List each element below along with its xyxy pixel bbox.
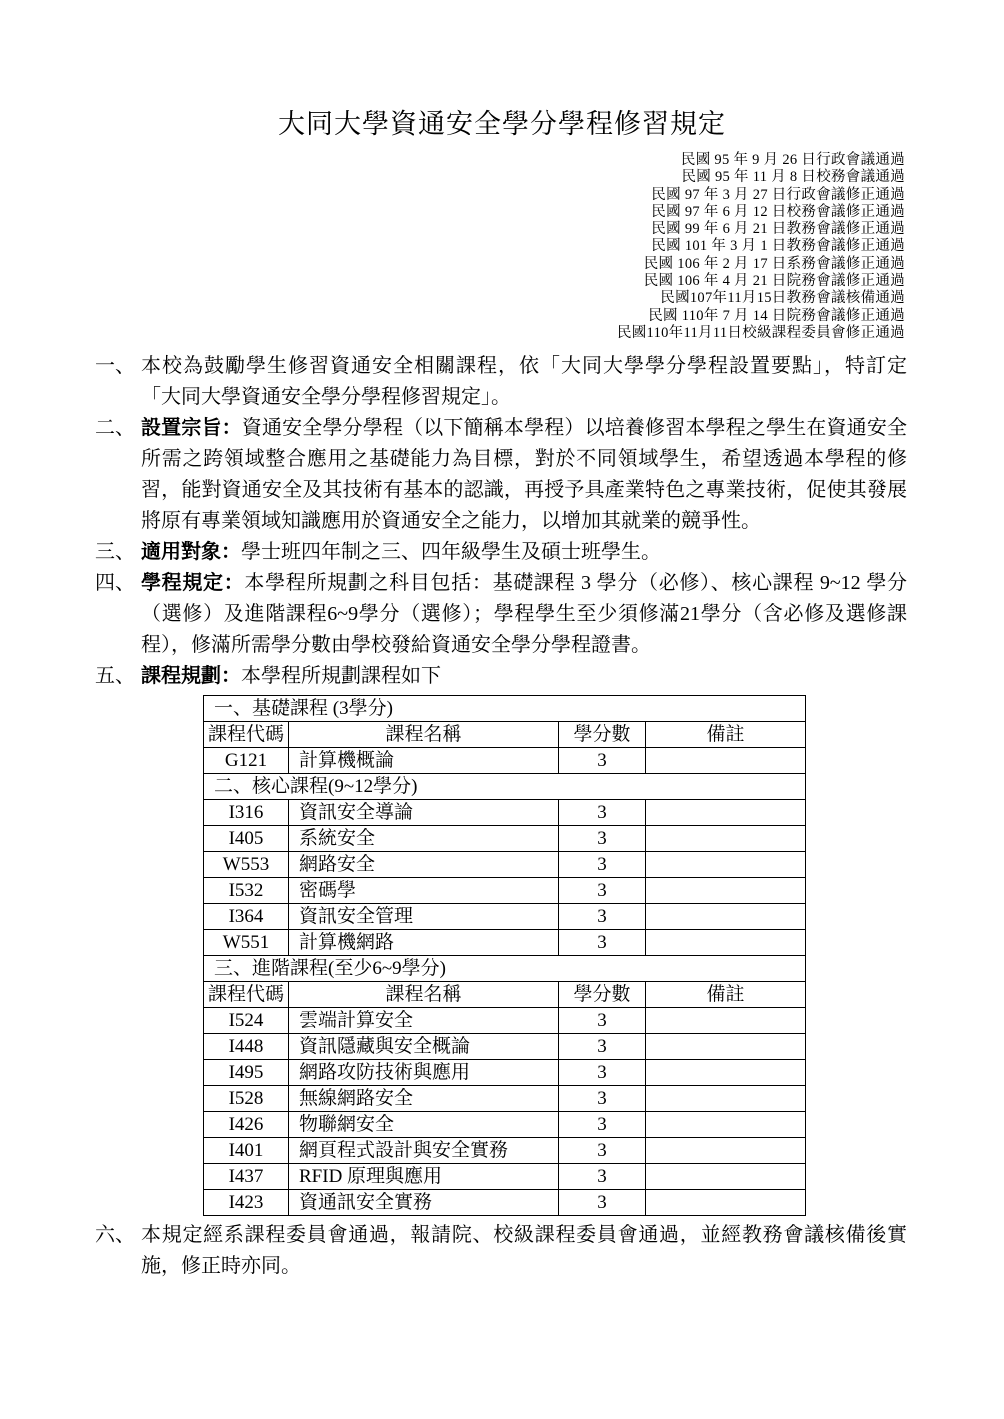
revision-line: 民國 106 年 4 月 21 日院務會議修正通過 [0,273,905,290]
course-row: I437RFID 原理與應用3 [204,1164,806,1190]
course-code-cell: W551 [204,930,289,956]
course-code-cell: I364 [204,904,289,930]
revision-line: 民國 97 年 6 月 12 日校務會議修正通過 [0,204,905,221]
item-number: 一、 [95,351,141,413]
course-name-cell: 密碼學 [289,878,559,904]
course-row: I532密碼學3 [204,878,806,904]
item-body: 設置宗旨：資通安全學分學程（以下簡稱本學程）以培養修習本學程之學生在資通安全所需… [141,413,907,537]
item-body: 課程規劃：本學程所規劃課程如下一、基礎課程 (3學分)課程代碼課程名稱學分數備註… [141,661,907,1220]
course-note-cell [646,1190,806,1216]
regulation-item: 三、適用對象：學士班四年制之三、四年級學生及碩士班學生。 [95,537,907,568]
course-credits-cell: 3 [559,1138,646,1164]
course-name-cell: 資訊隱藏與安全概論 [289,1034,559,1060]
course-row: G121計算機概論3 [204,748,806,774]
course-code-cell: I426 [204,1112,289,1138]
course-code-cell: I405 [204,826,289,852]
course-row: I426物聯網安全3 [204,1112,806,1138]
course-code-cell: I401 [204,1138,289,1164]
course-credits-cell: 3 [559,1034,646,1060]
course-note-cell [646,1138,806,1164]
course-row: I405系統安全3 [204,826,806,852]
course-note-cell [646,1164,806,1190]
course-section-row: 一、基礎課程 (3學分) [204,696,806,722]
regulation-item: 六、本規定經系課程委員會通過，報請院、校級課程委員會通過，並經教務會議核備後實施… [95,1220,907,1282]
course-code-cell: G121 [204,748,289,774]
course-row: I316資訊安全導論3 [204,800,806,826]
regulation-item: 四、學程規定：本學程所規劃之科目包括：基礎課程 3 學分（必修）、核心課程 9~… [95,568,907,661]
course-credits-cell: 3 [559,930,646,956]
course-note-cell [646,1060,806,1086]
item-label: 設置宗旨： [141,417,242,439]
course-note-cell [646,852,806,878]
item-text: 學士班四年制之三、四年級學生及碩士班學生。 [241,541,661,563]
revision-line: 民國 110年 7 月 14 日院務會議修正通過 [0,308,905,325]
regulation-item: 一、本校為鼓勵學生修習資通安全相關課程，依「大同大學學分學程設置要點」，特訂定「… [95,351,907,413]
course-header-row: 課程代碼課程名稱學分數備註 [204,982,806,1008]
course-header-cell: 課程名稱 [289,722,559,748]
course-header-cell: 備註 [646,982,806,1008]
course-name-cell: 系統安全 [289,826,559,852]
course-name-cell: 計算機網路 [289,930,559,956]
course-name-cell: 雲端計算安全 [289,1008,559,1034]
item-text: 本學程所規劃之科目包括：基礎課程 3 學分（必修）、核心課程 9~12 學分（選… [141,572,907,656]
course-section-title: 一、基礎課程 (3學分) [204,696,806,722]
course-name-cell: 資訊安全管理 [289,904,559,930]
regulation-items: 一、本校為鼓勵學生修習資通安全相關課程，依「大同大學學分學程設置要點」，特訂定「… [95,351,907,1282]
course-row: I448資訊隱藏與安全概論3 [204,1034,806,1060]
course-header-row: 課程代碼課程名稱學分數備註 [204,722,806,748]
course-name-cell: 無線網路安全 [289,1086,559,1112]
course-code-cell: I316 [204,800,289,826]
course-credits-cell: 3 [559,1008,646,1034]
course-row: I528無線網路安全3 [204,1086,806,1112]
document-title: 大同大學資通安全學分學程修習規定 [0,0,1004,141]
course-credits-cell: 3 [559,1112,646,1138]
item-text: 資通安全學分學程（以下簡稱本學程）以培養修習本學程之學生在資通安全所需之跨領域整… [141,417,907,532]
item-label: 適用對象： [141,541,241,563]
regulation-item: 二、設置宗旨：資通安全學分學程（以下簡稱本學程）以培養修習本學程之學生在資通安全… [95,413,907,537]
course-credits-cell: 3 [559,800,646,826]
item-body: 本規定經系課程委員會通過，報請院、校級課程委員會通過，並經教務會議核備後實施，修… [141,1220,907,1282]
regulation-item: 五、課程規劃：本學程所規劃課程如下一、基礎課程 (3學分)課程代碼課程名稱學分數… [95,661,907,1220]
revision-line: 民國 101 年 3 月 1 日教務會議修正通過 [0,238,905,255]
course-code-cell: I495 [204,1060,289,1086]
item-body: 適用對象：學士班四年制之三、四年級學生及碩士班學生。 [141,537,907,568]
course-note-cell [646,1086,806,1112]
item-text: 本校為鼓勵學生修習資通安全相關課程，依「大同大學學分學程設置要點」，特訂定「大同… [141,355,907,408]
course-name-cell: 計算機概論 [289,748,559,774]
item-body: 學程規定：本學程所規劃之科目包括：基礎課程 3 學分（必修）、核心課程 9~12… [141,568,907,661]
course-note-cell [646,1112,806,1138]
course-header-cell: 備註 [646,722,806,748]
revision-line: 民國 95 年 11 月 8 日校務會議通過 [0,169,905,186]
course-row: I495網路攻防技術與應用3 [204,1060,806,1086]
course-credits-cell: 3 [559,1164,646,1190]
item-body: 本校為鼓勵學生修習資通安全相關課程，依「大同大學學分學程設置要點」，特訂定「大同… [141,351,907,413]
course-name-cell: 網頁程式設計與安全實務 [289,1138,559,1164]
item-number: 六、 [95,1220,141,1282]
revision-line: 民國 95 年 9 月 26 日行政會議通過 [0,152,905,169]
item-text: 本規定經系課程委員會通過，報請院、校級課程委員會通過，並經教務會議核備後實施，修… [141,1224,907,1277]
course-note-cell [646,878,806,904]
course-row: I524雲端計算安全3 [204,1008,806,1034]
course-credits-cell: 3 [559,878,646,904]
item-number: 二、 [95,413,141,537]
course-name-cell: 資訊安全導論 [289,800,559,826]
course-code-cell: I532 [204,878,289,904]
course-code-cell: I524 [204,1008,289,1034]
course-header-cell: 課程代碼 [204,982,289,1008]
item-number: 三、 [95,537,141,568]
revision-line: 民國107年11月15日教務會議核備通過 [0,290,905,307]
revision-line: 民國 99 年 6 月 21 日教務會議修正通過 [0,221,905,238]
course-note-cell [646,826,806,852]
course-code-cell: I448 [204,1034,289,1060]
item-label: 課程規劃： [141,665,241,687]
course-header-cell: 課程名稱 [289,982,559,1008]
item-label: 學程規定： [141,572,244,594]
revision-line: 民國 106 年 2 月 17 日系務會議修正通過 [0,256,905,273]
revision-line: 民國110年11月11日校級課程委員會修正通過 [0,325,905,342]
course-section-title: 二、核心課程(9~12學分) [204,774,806,800]
course-row: W553網路安全3 [204,852,806,878]
course-name-cell: 網路安全 [289,852,559,878]
course-name-cell: RFID 原理與應用 [289,1164,559,1190]
course-name-cell: 資通訊安全實務 [289,1190,559,1216]
course-credits-cell: 3 [559,1190,646,1216]
course-section-title: 三、進階課程(至少6~9學分) [204,956,806,982]
course-note-cell [646,748,806,774]
course-section-row: 三、進階課程(至少6~9學分) [204,956,806,982]
course-header-cell: 課程代碼 [204,722,289,748]
course-credits-cell: 3 [559,904,646,930]
course-code-cell: I423 [204,1190,289,1216]
course-note-cell [646,1008,806,1034]
item-number: 五、 [95,661,141,1220]
course-code-cell: I528 [204,1086,289,1112]
course-credits-cell: 3 [559,852,646,878]
document-page: 大同大學資通安全學分學程修習規定 民國 95 年 9 月 26 日行政會議通過民… [0,0,1004,1419]
course-row: W551計算機網路3 [204,930,806,956]
course-header-cell: 學分數 [559,722,646,748]
course-name-cell: 物聯網安全 [289,1112,559,1138]
course-section-row: 二、核心課程(9~12學分) [204,774,806,800]
course-note-cell [646,800,806,826]
revision-line: 民國 97 年 3 月 27 日行政會議修正通過 [0,187,905,204]
course-note-cell [646,1034,806,1060]
course-row: I364資訊安全管理3 [204,904,806,930]
course-row: I423資通訊安全實務3 [204,1190,806,1216]
course-code-cell: W553 [204,852,289,878]
revision-history: 民國 95 年 9 月 26 日行政會議通過民國 95 年 11 月 8 日校務… [0,152,905,342]
course-credits-cell: 3 [559,1086,646,1112]
course-code-cell: I437 [204,1164,289,1190]
course-table: 一、基礎課程 (3學分)課程代碼課程名稱學分數備註G121計算機概論3二、核心課… [203,695,806,1216]
item-number: 四、 [95,568,141,661]
course-credits-cell: 3 [559,1060,646,1086]
course-name-cell: 網路攻防技術與應用 [289,1060,559,1086]
item-text: 本學程所規劃課程如下 [241,665,441,687]
course-header-cell: 學分數 [559,982,646,1008]
course-note-cell [646,930,806,956]
course-credits-cell: 3 [559,748,646,774]
course-credits-cell: 3 [559,826,646,852]
course-row: I401網頁程式設計與安全實務3 [204,1138,806,1164]
course-note-cell [646,904,806,930]
